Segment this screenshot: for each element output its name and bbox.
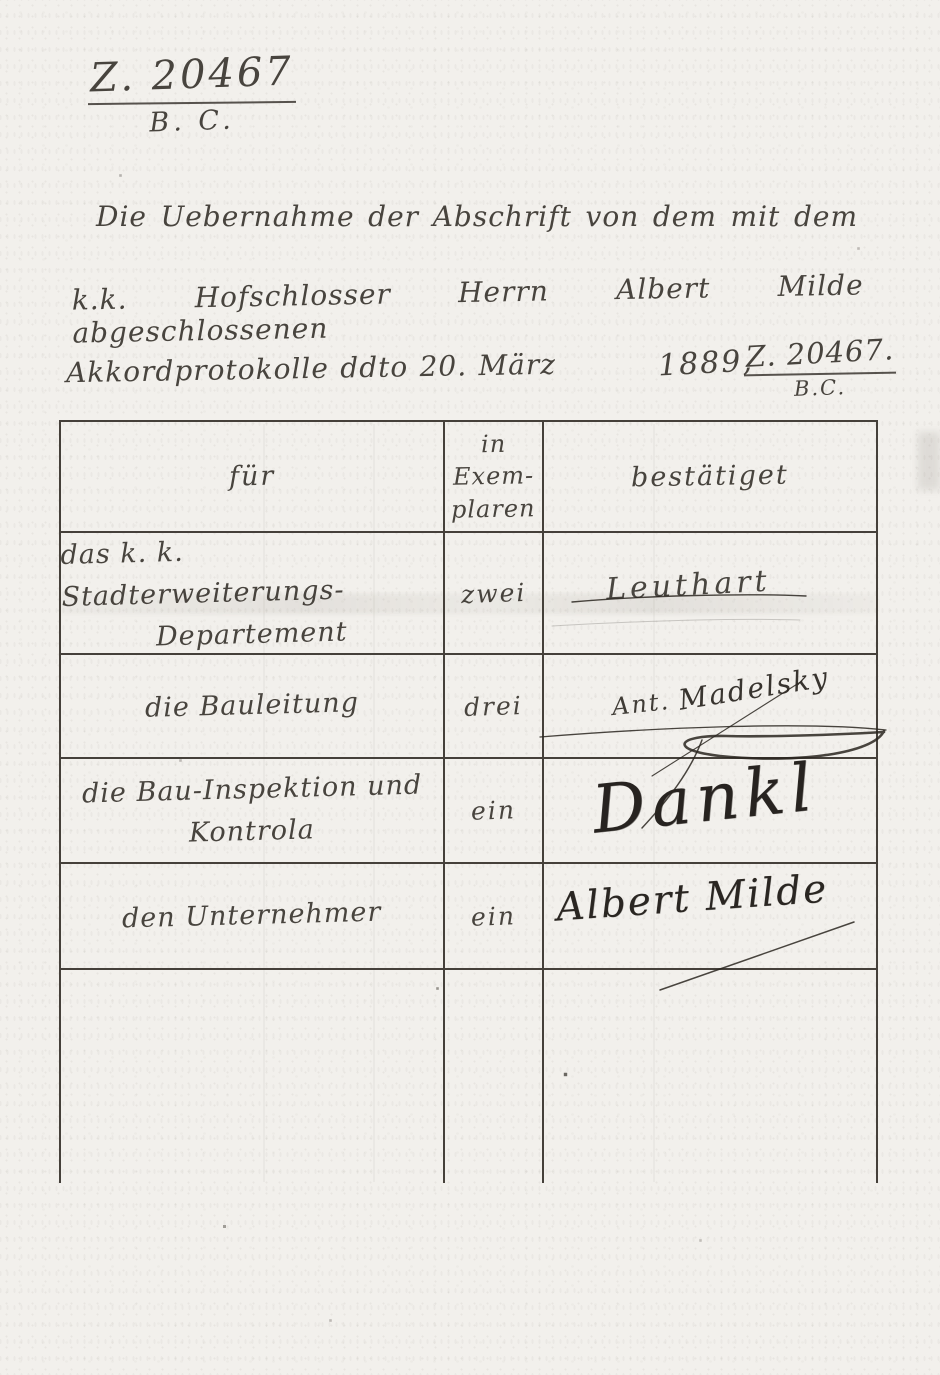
header-label-copies-1: in [481, 428, 507, 461]
copies-value: ein [471, 795, 517, 826]
cell-copies: zwei [445, 533, 544, 653]
recipient-line: Departement [156, 611, 349, 658]
header-cell-confirmed: bestätiget [544, 422, 876, 531]
paragraph-line-3: Akkordprotokolle ddto 20. März [66, 348, 557, 390]
paragraph-year: 1889, [657, 344, 755, 384]
header-label-confirmed: bestätiget [631, 460, 789, 494]
cell-copies: ein [445, 864, 544, 968]
inline-reference-office: B.C. [744, 373, 897, 402]
inline-reference-number: Z. 20467. [743, 332, 897, 377]
table-row-empty [61, 970, 876, 1183]
paragraph-line-1: Die Uebernahme der Abschrift von dem mit… [96, 200, 858, 233]
table-row-bauleitung: die Bauleitung drei [61, 655, 876, 759]
file-reference-office: B. C. [88, 102, 297, 140]
recipient-line: die Bau-Inspektion und [81, 764, 422, 815]
header-label-for: für [229, 461, 276, 493]
cell-recipient: den Unternehmer [61, 864, 445, 968]
cell-signature [544, 970, 876, 1183]
header-cell-copies: in Exem- plaren [445, 422, 544, 531]
ink-specks [0, 0, 1, 1]
cell-recipient: das k. k. Stadterweiterungs- Departement [61, 533, 445, 653]
cell-copies [445, 970, 544, 1183]
scan-edge-smudge [918, 432, 940, 490]
copies-value: drei [464, 690, 524, 721]
copies-value: zwei [460, 577, 526, 608]
table-header-row: für in Exem- plaren bestätiget [61, 422, 876, 533]
inline-reference-block: Z. 20467. B.C. [744, 336, 896, 400]
cell-copies: drei [445, 655, 544, 757]
copies-value: ein [471, 901, 517, 932]
file-reference-number: Z. 20467 [87, 48, 297, 105]
recipient-line: den Unternehmer [122, 892, 382, 941]
cell-recipient: die Bau-Inspektion und Kontrola [61, 759, 445, 862]
recipient-line: das k. k. Stadterweiterungs- [60, 525, 444, 619]
file-reference-block: Z. 20467 B. C. [88, 52, 296, 137]
header-label-copies-3: plaren [451, 492, 536, 526]
cell-recipient [61, 970, 445, 1183]
header-cell-for: für [61, 422, 445, 531]
header-label-copies-2: Exem- [453, 460, 535, 494]
scanned-document-page: Z. 20467 B. C. Die Uebernahme der Abschr… [0, 0, 940, 1375]
recipient-line: die Bauleitung [145, 682, 360, 729]
cell-copies: ein [445, 759, 544, 862]
cell-recipient: die Bauleitung [61, 655, 445, 757]
recipient-line: Kontrola [189, 809, 316, 854]
